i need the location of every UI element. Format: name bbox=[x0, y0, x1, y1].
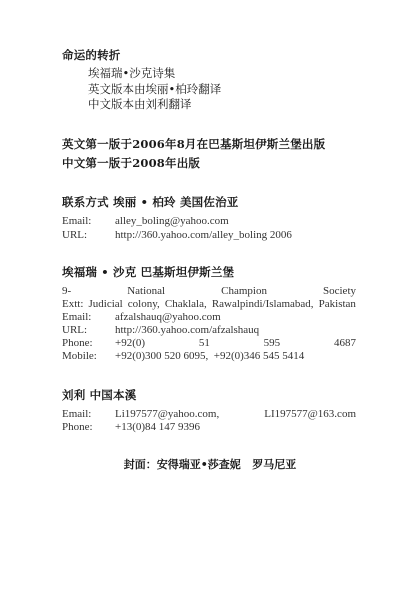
credit-english-translator: 英文版本由埃丽•柏玲翻译 bbox=[88, 82, 221, 97]
address-word: Chaklala, bbox=[165, 298, 207, 311]
address-word: Society bbox=[323, 285, 356, 298]
cover-credit: 封面：安得瑞亚•莎查妮 罗马尼亚 bbox=[0, 456, 420, 472]
contact1-heading: 联系方式 埃丽 • 柏玲 美国佐治亚 bbox=[62, 194, 238, 210]
contact1-email[interactable]: alley_boling@yahoo.com bbox=[115, 215, 229, 228]
url-label: URL: bbox=[62, 324, 87, 337]
phone-label: Phone: bbox=[62, 337, 93, 350]
contact3-email1[interactable]: Li197577@yahoo.com, bbox=[115, 408, 219, 421]
email-label: Email: bbox=[62, 408, 91, 421]
address-word: Rawalpindi/Islamabad, bbox=[212, 298, 314, 311]
contact2-mobile: +92(0)300 520 6095, +92(0)346 545 5414 bbox=[115, 350, 304, 363]
contact2-url[interactable]: http://360.yahoo.com/afzalshauq bbox=[115, 324, 259, 337]
contact2-heading: 埃福瑞 • 沙克 巴基斯坦伊斯兰堡 bbox=[62, 264, 234, 280]
publication-chinese: 中文第一版于2008年出版 bbox=[62, 155, 200, 171]
contact2-email[interactable]: afzalshauq@yahoo.com bbox=[115, 311, 221, 324]
address-word: National bbox=[127, 285, 165, 298]
phone-part: +92(0) bbox=[115, 337, 145, 350]
contact2-address-line1: 9- National Champion Society bbox=[62, 285, 356, 298]
credit-author: 埃福瑞•沙克诗集 bbox=[88, 66, 175, 81]
credit-chinese-translator: 中文版本由刘利翻译 bbox=[88, 97, 192, 112]
contact2-phone: +92(0) 51 595 4687 bbox=[115, 337, 356, 350]
address-word: Extt: bbox=[62, 298, 83, 311]
url-label: URL: bbox=[62, 229, 87, 242]
address-word: Champion bbox=[221, 285, 267, 298]
address-word: Judicial bbox=[88, 298, 122, 311]
contact2-address-line2: Extt: Judicial colony, Chaklala, Rawalpi… bbox=[62, 298, 356, 311]
email-label: Email: bbox=[62, 215, 91, 228]
mobile-label: Mobile: bbox=[62, 350, 97, 363]
contact1-url[interactable]: http://360.yahoo.com/alley_boling 2006 bbox=[115, 229, 292, 242]
publication-english: 英文第一版于2006年8月在巴基斯坦伊斯兰堡出版 bbox=[62, 136, 325, 152]
contact3-email2[interactable]: LI197577@163.com bbox=[264, 408, 356, 421]
address-word: Pakistan bbox=[319, 298, 356, 311]
contact3-phone: +13(0)84 147 9396 bbox=[115, 421, 200, 434]
phone-part: 4687 bbox=[334, 337, 356, 350]
phone-part: 595 bbox=[264, 337, 281, 350]
phone-part: 51 bbox=[199, 337, 210, 350]
contact3-heading: 刘利 中国本溪 bbox=[62, 387, 136, 403]
address-word: 9- bbox=[62, 285, 71, 298]
phone-label: Phone: bbox=[62, 421, 93, 434]
book-title: 命运的转折 bbox=[62, 47, 121, 63]
email-label: Email: bbox=[62, 311, 91, 324]
address-word: colony, bbox=[128, 298, 160, 311]
